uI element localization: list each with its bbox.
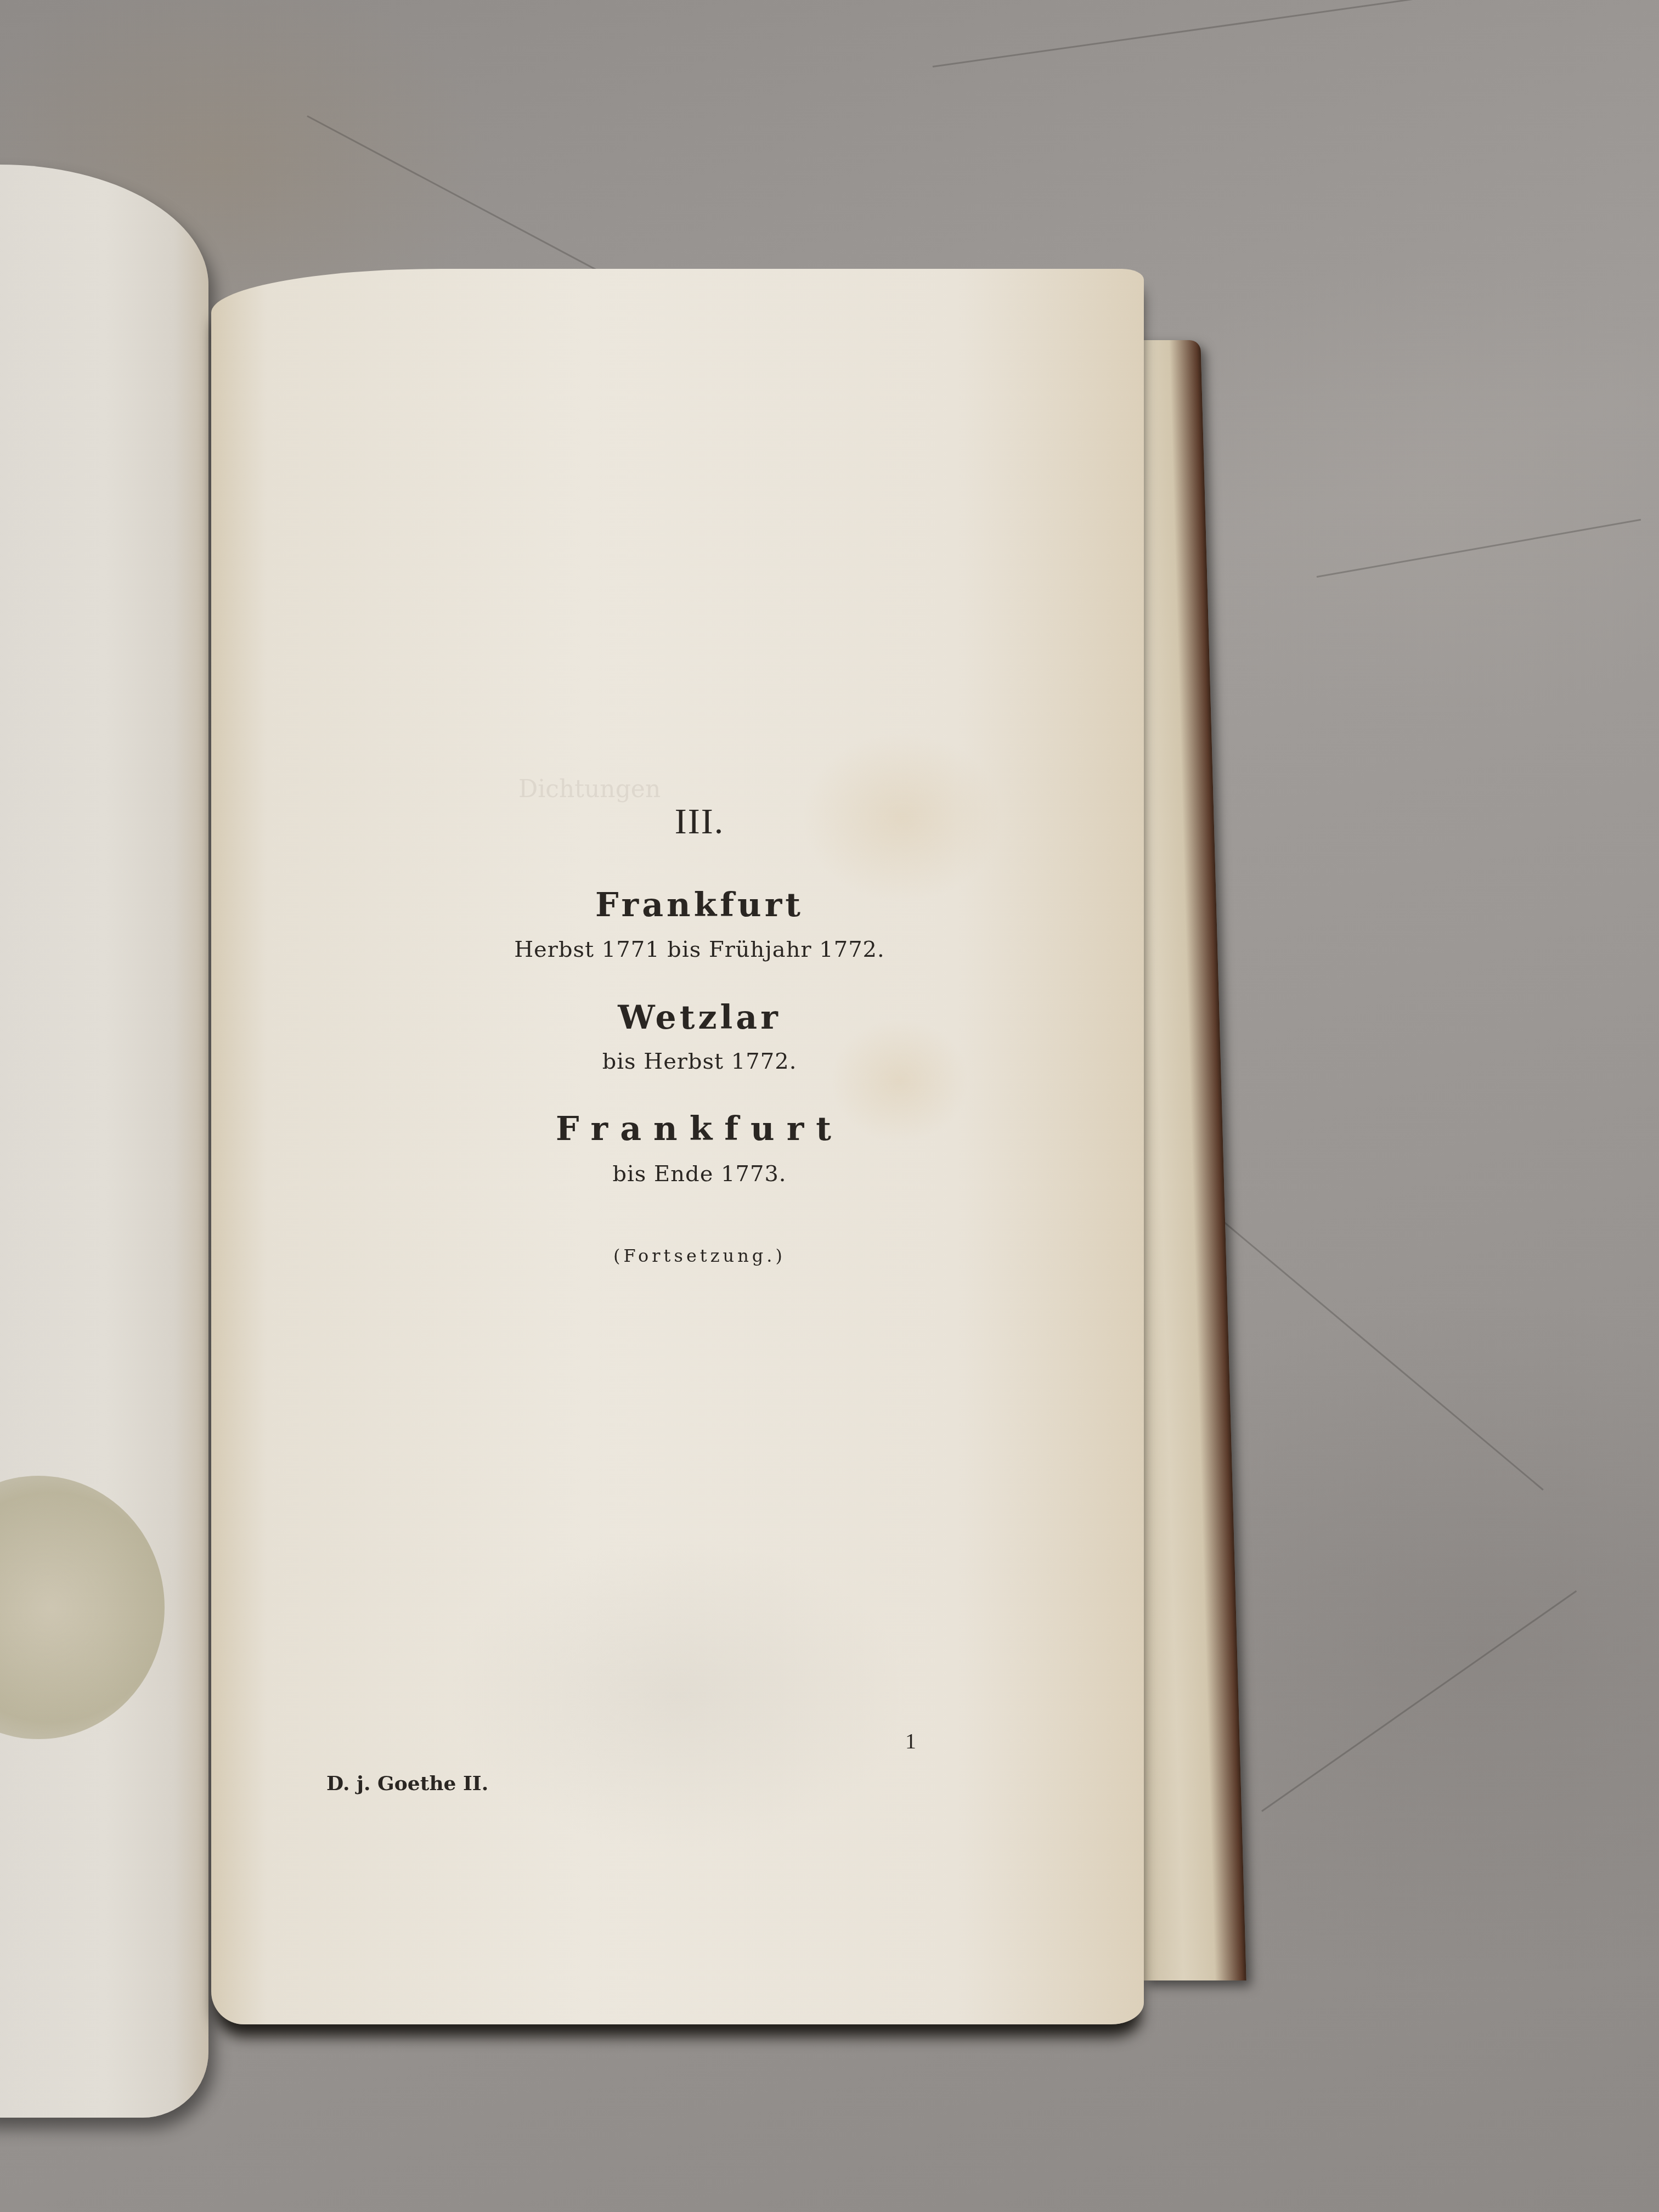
marble-vein [933, 0, 1422, 67]
marble-vein [1261, 1590, 1577, 1812]
section-period-1: Herbst 1771 bis Frühjahr 1772. [233, 937, 1166, 962]
section-period-2: bis Herbst 1772. [233, 1049, 1166, 1074]
section-place-frankfurt-2: Frankfurt [233, 1110, 1166, 1148]
library-stamp [0, 1476, 165, 1739]
page-content: III. Frankfurt Herbst 1771 bis Frühjahr … [211, 269, 1144, 2024]
left-page [0, 165, 208, 2118]
signature-mark: D. j. Goethe II. [326, 1772, 488, 1795]
section-place-wetzlar: Wetzlar [233, 998, 1166, 1037]
page-number: 1 [905, 1728, 916, 1754]
marble-vein [1317, 519, 1641, 578]
section-period-3: bis Ende 1773. [233, 1161, 1166, 1187]
right-page: Dichtungen III. Frankfurt Herbst 1771 bi… [211, 269, 1144, 2024]
section-place-frankfurt-1: Frankfurt [233, 886, 1166, 924]
part-number: III. [233, 801, 1166, 843]
marble-vein [1206, 1207, 1544, 1491]
continuation-note: (Fortsetzung.) [233, 1245, 1166, 1266]
